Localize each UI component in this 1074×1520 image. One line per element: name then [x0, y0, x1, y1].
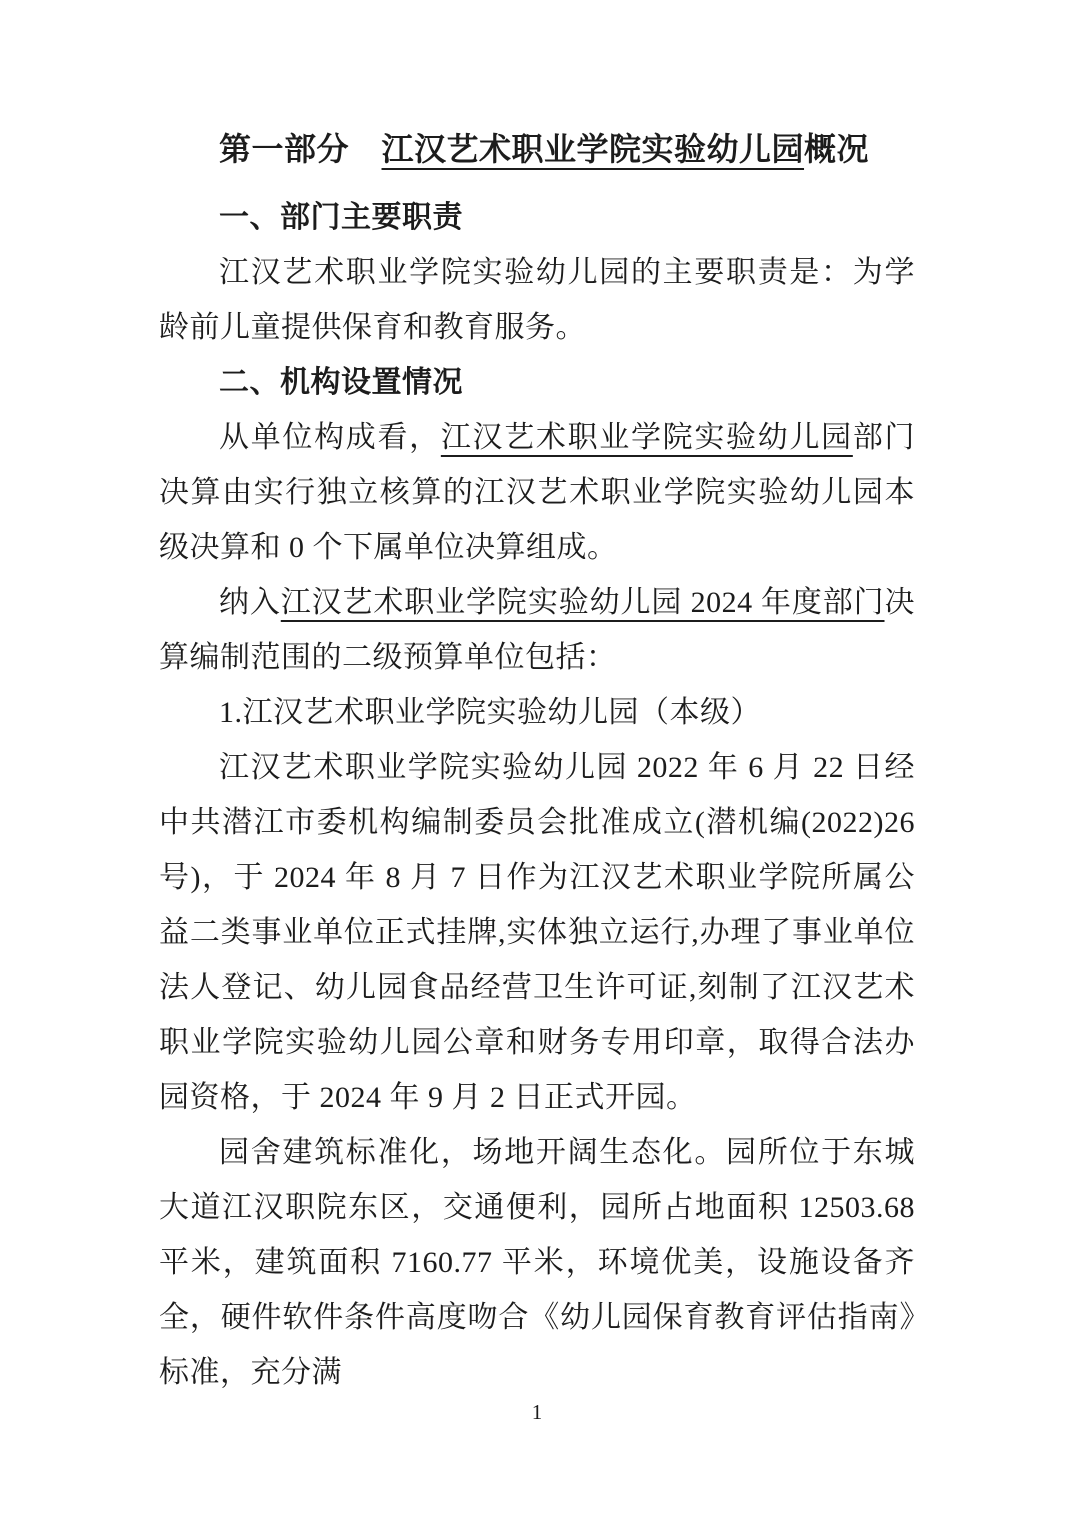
section2-paragraph-establishment: 江汉艺术职业学院实验幼儿园 2022 年 6 月 22 日经中共潜江市委机构编制…	[159, 740, 915, 1125]
section2-paragraph-facilities: 园舍建筑标准化，场地开阔生态化。园所位于东城大道江汉职院东区，交通便利，园所占地…	[159, 1125, 915, 1400]
title-part-label: 第一部分	[219, 131, 382, 167]
title-suffix: 概况	[804, 131, 869, 167]
section1-heading: 一、部门主要职责	[159, 190, 915, 245]
section2-list-item-1: 1.江汉艺术职业学院实验幼儿园（本级）	[159, 685, 915, 740]
section1-paragraph-duties: 江汉艺术职业学院实验幼儿园的主要职责是：为学龄前儿童提供保育和教育服务。	[159, 245, 915, 355]
org-year-underlined: 江汉艺术职业学院实验幼儿园 2024 年度部门	[281, 586, 885, 619]
text-segment: 纳入	[219, 586, 281, 619]
text-segment: 从单位构成看，	[219, 421, 441, 454]
page-number: 1	[0, 1398, 1074, 1426]
org-name-underlined: 江汉艺术职业学院实验幼儿园	[441, 421, 853, 454]
document-content: 第一部分 江汉艺术职业学院实验幼儿园概况 一、部门主要职责 江汉艺术职业学院实验…	[159, 122, 915, 1400]
document-title: 第一部分 江汉艺术职业学院实验幼儿园概况	[159, 122, 915, 177]
section2-paragraph-composition: 从单位构成看，江汉艺术职业学院实验幼儿园部门决算由实行独立核算的江汉艺术职业学院…	[159, 410, 915, 575]
section2-heading: 二、机构设置情况	[159, 355, 915, 410]
document-page: 第一部分 江汉艺术职业学院实验幼儿园概况 一、部门主要职责 江汉艺术职业学院实验…	[0, 0, 1074, 1520]
title-org-name-underlined: 江汉艺术职业学院实验幼儿园	[382, 131, 805, 167]
section2-paragraph-budget-scope: 纳入江汉艺术职业学院实验幼儿园 2024 年度部门决算编制范围的二级预算单位包括…	[159, 575, 915, 685]
